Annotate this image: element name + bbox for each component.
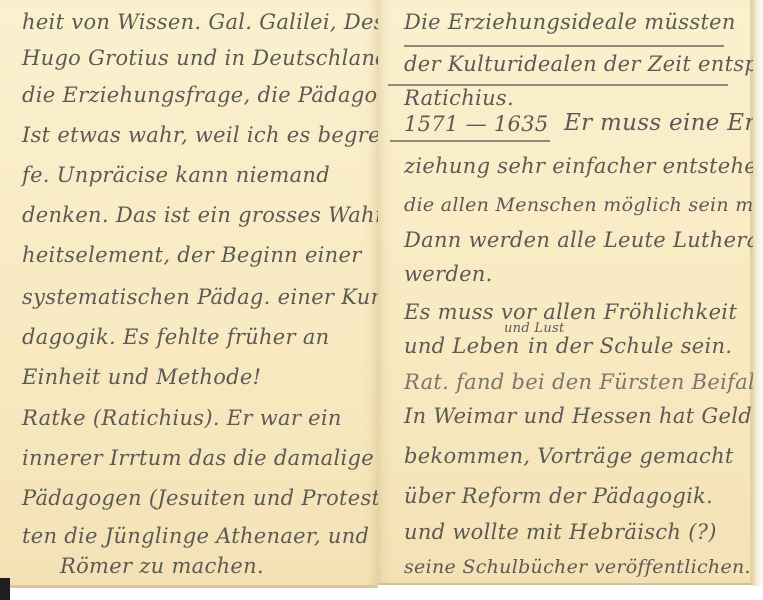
binding-shadow [0, 578, 10, 600]
right-line-dates: 1571 — 1635 [404, 114, 549, 135]
left-line-9: dagogik. Es fehlte früher an [22, 327, 330, 348]
right-line-ratichius: Ratichius. [404, 88, 514, 109]
left-line-10: Einheit und Methode! [22, 367, 261, 388]
notebook-spread: heit von Wissen. Gal. Galilei, Deskarty … [0, 0, 763, 600]
right-line-9: werden. [404, 264, 493, 285]
left-line-2: Hugo Grotius und in Deutschland [22, 48, 389, 69]
right-line-13: In Weimar und Hessen hat Geld [404, 406, 752, 427]
right-line-6: ziehung sehr einfacher entstehen [404, 156, 763, 177]
left-line-4: Ist etwas wahr, weil ich es begrei- [22, 125, 395, 146]
right-line-7: die allen Menschen möglich sein muss. [404, 196, 763, 215]
right-line-11b: in der Schule sein. [528, 336, 732, 357]
right-line-11a: und Leben [404, 336, 520, 357]
left-line-7: heitselement, der Beginn einer [22, 245, 362, 266]
left-line-14: ten die Jünglinge Athenaer, und [22, 526, 369, 547]
dates-underline [390, 140, 550, 142]
page-edge [753, 0, 763, 586]
right-line-14: bekommen, Vorträge gemacht [404, 446, 734, 467]
right-line-16: und wollte mit Hebräisch (?) [404, 522, 717, 543]
right-page: Die Erziehungsideale müssten der Kulturi… [378, 0, 753, 585]
heading-underline-1 [404, 45, 724, 47]
right-line-10: Es muss vor allen Fröhlichkeit [404, 302, 737, 323]
left-line-12: innerer Irrtum das die damalige [22, 448, 374, 469]
left-line-5: fe. Unpräcise kann niemand [22, 165, 330, 186]
right-line-15: über Reform der Pädagogik. [404, 486, 713, 507]
right-line-2: der Kulturidealen der Zeit entsprechen [404, 54, 763, 75]
right-line-8: Dann werden alle Leute Lutheraner [404, 230, 763, 251]
right-line-12: Rat. fand bei den Fürsten Beifall [404, 372, 762, 393]
left-line-3: die Erziehungsfrage, die Pädagogik [22, 85, 411, 106]
left-line-8: systematischen Pädag. einer Kunstpä- [22, 287, 438, 308]
left-page: heit von Wissen. Gal. Galilei, Deskarty … [0, 0, 378, 588]
right-line-5: Er muss eine Er- [564, 112, 763, 135]
left-line-6: denken. Das ist ein grosses Wahr- [22, 205, 393, 226]
left-line-11: Ratke (Ratichius). Er war ein [22, 408, 342, 429]
right-line-17: seine Schulbücher veröffentlichen. [404, 558, 751, 577]
right-line-1: Die Erziehungsideale müssten [404, 12, 736, 33]
left-line-15: Römer zu machen. [60, 556, 264, 577]
